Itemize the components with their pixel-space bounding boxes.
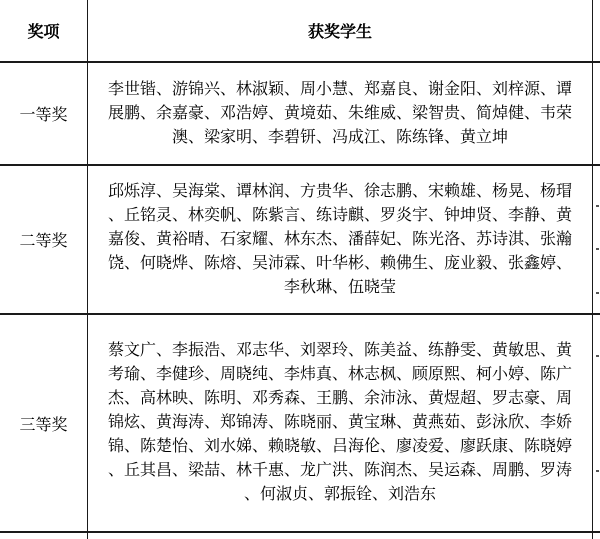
clipped-text-fragment: [596, 248, 599, 250]
clipped-text-fragment: [596, 355, 599, 357]
clipped-text-fragment: [596, 205, 599, 207]
table-row-first-prize: 一等奖 李世锴、游锦兴、林淑颖、周小慧、郑嘉良、谢金阳、刘梓源、谭 展鹏、余嘉豪…: [0, 63, 600, 166]
table-row-cropped-bottom: [0, 533, 600, 539]
table-row-second-prize: 二等奖 邱烁淳、吴海棠、谭林润、方贵华、徐志鹏、宋赖雄、杨晃、杨瑁 、丘铭灵、林…: [0, 166, 600, 315]
cropped-award-cell: [0, 533, 88, 539]
clipped-text-fragment: [596, 292, 599, 294]
award-cell-first-prize: 一等奖: [0, 63, 88, 164]
award-label-second-prize: 二等奖: [19, 228, 67, 251]
cropped-column-sliver: [593, 315, 600, 531]
clipped-text-fragment: [596, 470, 599, 472]
header-cell-award: 奖项: [0, 0, 88, 61]
award-winners-table: 奖项 获奖学生 一等奖 李世锴、游锦兴、林淑颖、周小慧、郑嘉良、谢金阳、刘梓源、…: [0, 0, 600, 539]
award-cell-second-prize: 二等奖: [0, 166, 88, 313]
table-row-third-prize: 三等奖 蔡文广、李振浩、邓志华、刘翠玲、陈美益、练静雯、黄敏思、黄 考瑜、李健珍…: [0, 315, 600, 533]
cropped-column-sliver: [593, 63, 600, 164]
header-cell-students: 获奖学生: [88, 0, 593, 61]
header-label-award: 奖项: [27, 19, 59, 42]
cropped-column-sliver: [593, 533, 600, 539]
cropped-column-sliver: [593, 166, 600, 313]
students-cell-second-prize: 邱烁淳、吴海棠、谭林润、方贵华、徐志鹏、宋赖雄、杨晃、杨瑁 、丘铭灵、林奕帆、陈…: [88, 166, 593, 313]
students-list-second-prize: 邱烁淳、吴海棠、谭林润、方贵华、徐志鹏、宋赖雄、杨晃、杨瑁 、丘铭灵、林奕帆、陈…: [103, 180, 577, 300]
header-label-students: 获奖学生: [308, 19, 372, 42]
award-cell-third-prize: 三等奖: [0, 315, 88, 531]
award-label-third-prize: 三等奖: [19, 412, 67, 435]
students-cell-first-prize: 李世锴、游锦兴、林淑颖、周小慧、郑嘉良、谢金阳、刘梓源、谭 展鹏、余嘉豪、邓浩婷…: [88, 63, 593, 164]
students-list-first-prize: 李世锴、游锦兴、林淑颖、周小慧、郑嘉良、谢金阳、刘梓源、谭 展鹏、余嘉豪、邓浩婷…: [103, 78, 577, 150]
cropped-column-sliver: [593, 0, 600, 61]
cropped-students-cell: [88, 533, 593, 539]
students-list-third-prize: 蔡文广、李振浩、邓志华、刘翠玲、陈美益、练静雯、黄敏思、黄 考瑜、李健珍、周晓纯…: [103, 339, 577, 507]
students-cell-third-prize: 蔡文广、李振浩、邓志华、刘翠玲、陈美益、练静雯、黄敏思、黄 考瑜、李健珍、周晓纯…: [88, 315, 593, 531]
table-header-row: 奖项 获奖学生: [0, 0, 600, 63]
award-label-first-prize: 一等奖: [19, 102, 67, 125]
